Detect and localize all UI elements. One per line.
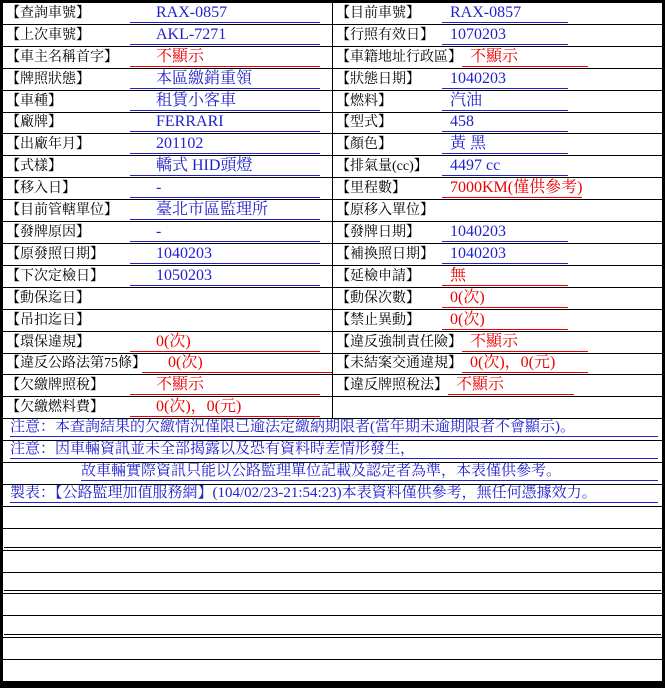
field-value: 201102: [130, 136, 320, 154]
field-cell-right: 【違反牌照稅法】不顯示: [332, 375, 662, 396]
field-cell-left: 【車種】租賃小客車: [3, 91, 332, 112]
field-cell-right: 【禁止異動】0(次): [332, 310, 662, 331]
field-cell-right: 【延檢申請】無: [332, 266, 662, 287]
field-label: 【查詢車號】: [6, 4, 130, 23]
field-cell-right: 【型式】458: [332, 113, 662, 134]
vehicle-field-row: 【牌照狀態】本區繳銷重領【狀態日期】1040203: [3, 69, 662, 91]
field-label: 【原移入單位】: [336, 201, 442, 220]
field-label: 【車籍地址行政區】: [336, 48, 462, 67]
field-cell-right: 【未結案交通違規】0(次)，0(元): [332, 354, 662, 375]
field-cell-left: 【原發照日期】1040203: [3, 244, 332, 265]
field-cell-left: 【目前管轄單位】臺北市區監理所: [3, 200, 332, 221]
field-cell-left: 【上次車號】AKL-7271: [3, 25, 332, 46]
field-cell-right: 【行照有效日】1070203: [332, 25, 662, 46]
field-value: 1050203: [130, 268, 320, 286]
vehicle-field-row: 【吊扣迄日】【禁止異動】0(次): [3, 310, 662, 332]
field-value: FERRARI: [130, 114, 320, 132]
field-label: 【車種】: [6, 92, 130, 111]
vehicle-field-row: 【違反公路法第75條】0(次)【未結案交通違規】0(次)，0(元): [3, 354, 662, 376]
field-cell-right: 【原移入單位】: [332, 200, 662, 221]
field-label: 【禁止異動】: [336, 311, 442, 330]
empty-underline: [4, 573, 661, 591]
field-label: 【發牌日期】: [336, 223, 442, 242]
field-cell-left: 【移入日】-: [3, 178, 332, 199]
field-label: 【動保迄日】: [6, 289, 130, 308]
field-value: RAX-0857: [130, 5, 320, 23]
vehicle-field-row: 【式樣】轎式 HID頭燈【排氣量(cc)】4497 cc: [3, 156, 662, 178]
field-value: 不顯示: [130, 49, 320, 67]
field-value: -: [130, 180, 320, 198]
field-label: 【延檢申請】: [336, 267, 442, 286]
field-cell-right: 【車籍地址行政區】不顯示: [332, 47, 662, 68]
vehicle-field-row: 【動保迄日】【動保次數】0(次): [3, 288, 662, 310]
field-label: 【出廠年月】: [6, 135, 130, 154]
field-value: RAX-0857: [442, 5, 568, 23]
field-cell-right: 【動保次數】0(次): [332, 288, 662, 309]
vehicle-field-row: 【發牌原因】-【發牌日期】1040203: [3, 222, 662, 244]
field-label: 【顏色】: [336, 135, 442, 154]
field-label: 【廠牌】: [6, 113, 130, 132]
report-footer-row: 製表：【公路監理加值服務網】(104/02/23-21:54:23)本表資料僅供…: [3, 485, 662, 507]
field-label: 【動保次數】: [336, 289, 442, 308]
field-value: 1040203: [442, 224, 568, 242]
field-cell-right: 【狀態日期】1040203: [332, 69, 662, 90]
field-value: 不顯示: [462, 49, 588, 67]
field-value: 7000KM(僅供參考): [442, 180, 582, 198]
field-cell-left: 【欠繳燃料費】0(次)，0(元): [3, 397, 332, 418]
field-value: 0(次)，0(元): [462, 355, 588, 373]
field-cell-left: 【下次定檢日】1050203: [3, 266, 332, 287]
field-value: 不顯示: [448, 377, 574, 395]
field-label: 【排氣量(cc)】: [336, 157, 442, 176]
vehicle-field-row: 【欠繳燃料費】0(次)，0(元): [3, 397, 662, 419]
note-row: 注意：本查詢結果的欠繳情況僅限已逾法定繳納期限者(當年期未逾期限者不會顯示)。: [3, 419, 662, 441]
vehicle-field-row: 【移入日】-【里程數】7000KM(僅供參考): [3, 178, 662, 200]
field-cell-left: 【式樣】轎式 HID頭燈: [3, 156, 332, 177]
vehicle-field-row: 【出廠年月】201102【顏色】黃 黑: [3, 134, 662, 156]
note-text: 注意：因車輛資訊並未全部揭露以及恐有資料時差情形發生，: [10, 441, 658, 459]
field-label: 【違反強制責任險】: [336, 333, 462, 352]
note-row: 故車輛實際資訊只能以公路監理單位記載及認定者為準，本表僅供參考。: [3, 463, 662, 485]
field-cell-left: 【牌照狀態】本區繳銷重領: [3, 69, 332, 90]
field-label: 【移入日】: [6, 179, 130, 198]
field-cell-right: 【排氣量(cc)】4497 cc: [332, 156, 662, 177]
field-label: 【違反牌照稅法】: [336, 376, 448, 395]
field-cell-left: 【廠牌】FERRARI: [3, 113, 332, 134]
vehicle-field-row: 【車主名稱首字】不顯示【車籍地址行政區】不顯示: [3, 47, 662, 69]
empty-row: [3, 529, 662, 551]
field-cell-left: 【發牌原因】-: [3, 222, 332, 243]
field-label: 【未結案交通違規】: [336, 354, 462, 373]
field-label: 【欠繳燃料費】: [6, 398, 130, 417]
note-text: 故車輛實際資訊只能以公路監理單位記載及認定者為準，本表僅供參考。: [81, 463, 658, 481]
field-label: 【違反公路法第75條】: [6, 354, 142, 373]
field-label: 【上次車號】: [6, 26, 130, 45]
vehicle-field-row: 【上次車號】AKL-7271【行照有效日】1070203: [3, 25, 662, 47]
report-footer-text: 製表：【公路監理加值服務網】(104/02/23-21:54:23)本表資料僅供…: [10, 485, 658, 503]
field-cell-left: 【環保違規】0(次): [3, 332, 332, 353]
field-value: 臺北市區監理所: [130, 202, 320, 220]
field-value: AKL-7271: [130, 27, 320, 45]
field-label: 【牌照狀態】: [6, 70, 130, 89]
field-cell-left: 【出廠年月】201102: [3, 134, 332, 155]
note-text: 注意：本查詢結果的欠繳情況僅限已逾法定繳納期限者(當年期未逾期限者不會顯示)。: [10, 419, 658, 437]
empty-underline: [4, 617, 661, 635]
field-cell-left: 【查詢車號】RAX-0857: [3, 3, 332, 24]
field-value: 本區繳銷重領: [130, 71, 320, 89]
field-label: 【行照有效日】: [336, 26, 442, 45]
field-value: 0(次)，0(元): [130, 399, 320, 417]
vehicle-field-row: 【下次定檢日】1050203【延檢申請】無: [3, 266, 662, 288]
report-frame: 【查詢車號】RAX-0857【目前車號】RAX-0857【上次車號】AKL-72…: [0, 0, 665, 688]
vehicle-field-row: 【欠繳牌照稅】不顯示【違反牌照稅法】不顯示: [3, 375, 662, 397]
field-value: 黃 黑: [442, 136, 568, 154]
field-cell-right: 【燃料】汽油: [332, 91, 662, 112]
note-row: 注意：因車輛資訊並未全部揭露以及恐有資料時差情形發生，: [3, 441, 662, 463]
vehicle-field-row: 【廠牌】FERRARI【型式】458: [3, 113, 662, 135]
field-value: 0(次): [442, 312, 568, 330]
field-value: -: [130, 224, 320, 242]
vehicle-field-row: 【環保違規】0(次)【違反強制責任險】不顯示: [3, 332, 662, 354]
field-value: 0(次): [442, 290, 568, 308]
empty-row: [3, 551, 662, 573]
empty-row: [3, 573, 662, 595]
field-value: 0(次): [142, 355, 332, 373]
field-value: 0(次): [130, 334, 320, 352]
field-value: [442, 202, 568, 220]
field-value: 1040203: [442, 71, 568, 89]
field-label: 【環保違規】: [6, 333, 130, 352]
vehicle-field-row: 【車種】租賃小客車【燃料】汽油: [3, 91, 662, 113]
vehicle-field-row: 【查詢車號】RAX-0857【目前車號】RAX-0857: [3, 3, 662, 25]
field-label: 【目前管轄單位】: [6, 201, 130, 220]
field-label: 【目前車號】: [336, 4, 442, 23]
field-value: 4497 cc: [442, 158, 568, 176]
field-cell-right: 【顏色】黃 黑: [332, 134, 662, 155]
field-value: 不顯示: [130, 377, 320, 395]
field-label: 【發牌原因】: [6, 223, 130, 242]
field-label: 【補換照日期】: [336, 245, 442, 264]
field-cell-right: 【違反強制責任險】不顯示: [332, 332, 662, 353]
field-value: 1040203: [130, 246, 320, 264]
field-value: 1070203: [442, 27, 568, 45]
field-label: 【式樣】: [6, 157, 130, 176]
field-value: [130, 312, 320, 330]
field-label: 【燃料】: [336, 92, 442, 111]
field-cell-right: [332, 397, 662, 418]
field-value: 租賃小客車: [130, 93, 320, 111]
field-label: 【欠繳牌照稅】: [6, 376, 130, 395]
field-cell-left: 【吊扣迄日】: [3, 310, 332, 331]
vehicle-query-report-table: 【查詢車號】RAX-0857【目前車號】RAX-0857【上次車號】AKL-72…: [3, 3, 662, 682]
field-value: 無: [442, 268, 568, 286]
field-label: 【吊扣迄日】: [6, 311, 130, 330]
field-label: 【狀態日期】: [336, 70, 442, 89]
field-label: 【里程數】: [336, 179, 442, 198]
field-label: 【原發照日期】: [6, 245, 130, 264]
field-label: 【型式】: [336, 113, 442, 132]
field-cell-right: 【目前車號】RAX-0857: [332, 3, 662, 24]
field-label: 【下次定檢日】: [6, 267, 130, 286]
empty-row: [3, 594, 662, 616]
field-label: 【車主名稱首字】: [6, 48, 130, 67]
empty-row: [3, 660, 662, 682]
empty-row: [3, 507, 662, 529]
empty-row: [3, 616, 662, 638]
field-value: 1040203: [442, 246, 568, 264]
vehicle-field-row: 【原發照日期】1040203【補換照日期】1040203: [3, 244, 662, 266]
empty-underline: [4, 530, 661, 548]
field-value: [130, 290, 320, 308]
field-value: [442, 399, 568, 417]
field-value: 不顯示: [462, 334, 588, 352]
field-cell-left: 【車主名稱首字】不顯示: [3, 47, 332, 68]
empty-row: [3, 638, 662, 660]
field-cell-right: 【發牌日期】1040203: [332, 222, 662, 243]
field-value: 汽油: [442, 93, 568, 111]
field-value: 轎式 HID頭燈: [130, 158, 320, 176]
field-cell-left: 【欠繳牌照稅】不顯示: [3, 375, 332, 396]
field-cell-right: 【里程數】7000KM(僅供參考): [332, 178, 662, 199]
field-cell-left: 【違反公路法第75條】0(次): [3, 354, 332, 375]
field-value: 458: [442, 114, 568, 132]
field-cell-right: 【補換照日期】1040203: [332, 244, 662, 265]
vehicle-field-row: 【目前管轄單位】臺北市區監理所【原移入單位】: [3, 200, 662, 222]
field-cell-left: 【動保迄日】: [3, 288, 332, 309]
